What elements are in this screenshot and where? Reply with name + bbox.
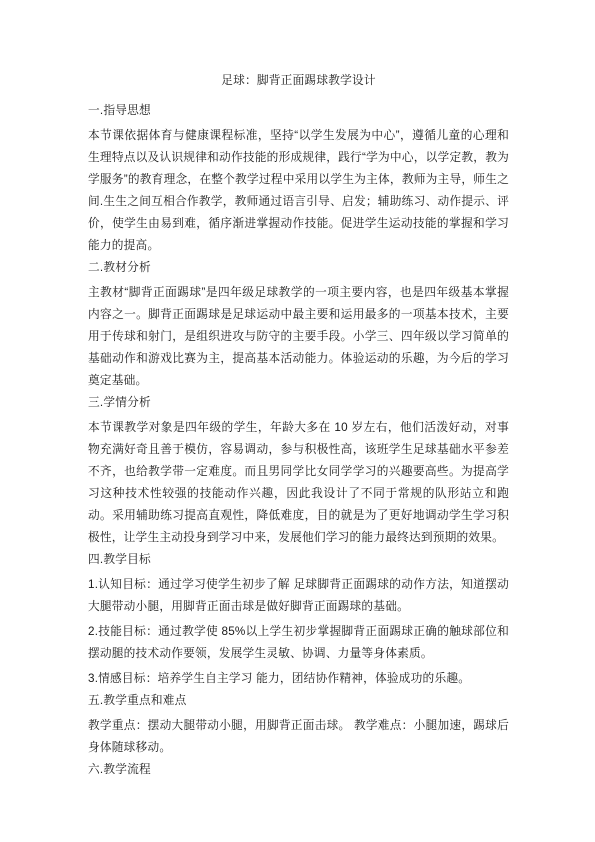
section-paragraph: 主教材“脚背正面踢球”是四年级足球教学的一项主要内容，也是四年级基本掌握内容之一…	[88, 282, 509, 392]
section-guiding-ideology: 一.指导思想 本节课依据体育与健康课程标准，坚持“以学生发展为中心”，遵循儿童的…	[88, 100, 509, 257]
section-teaching-material-analysis: 二.教材分析 主教材“脚背正面踢球”是四年级足球教学的一项主要内容，也是四年级基…	[88, 257, 509, 392]
section-paragraph-cognitive-objective: 1.认知目标：通过学习使学生初步了解 足球脚背正面踢球的动作方法，知道摆动大腿带…	[88, 574, 509, 618]
section-heading: 六.教学流程	[88, 759, 509, 781]
section-heading: 四.教学目标	[88, 549, 509, 571]
section-heading: 五.教学重点和难点	[88, 690, 509, 712]
section-heading: 一.指导思想	[88, 100, 509, 122]
section-learner-analysis: 三.学情分析 本节课教学对象是四年级的学生，年龄大多在 10 岁左右，他们活泼好…	[88, 392, 509, 549]
document-page: 足球：脚背正面踢球教学设计 一.指导思想 本节课依据体育与健康课程标准，坚持“以…	[0, 0, 595, 842]
document-content: 足球：脚背正面踢球教学设计 一.指导思想 本节课依据体育与健康课程标准，坚持“以…	[88, 70, 509, 784]
section-paragraph: 本节课依据体育与健康课程标准，坚持“以学生发展为中心”，遵循儿童的心理和生理特点…	[88, 125, 509, 257]
section-key-points-difficulties: 五.教学重点和难点 教学重点：摆动大腿带动小腿，用脚背正面击球。 教学难点：小腿…	[88, 690, 509, 759]
section-teaching-objectives: 四.教学目标 1.认知目标：通过学习使学生初步了解 足球脚背正面踢球的动作方法，…	[88, 549, 509, 690]
section-paragraph-affective-objective: 3.情感目标：培养学生自主学习 能力，团结协作精神，体验成功的乐趣。	[88, 668, 509, 690]
section-paragraph-skill-objective: 2.技能目标：通过教学使 85%以上学生初步掌握脚背正面踢球正确的触球部位和摆动…	[88, 621, 509, 665]
section-heading: 二.教材分析	[88, 257, 509, 279]
section-teaching-process: 六.教学流程	[88, 759, 509, 781]
section-heading: 三.学情分析	[88, 392, 509, 414]
section-paragraph: 本节课教学对象是四年级的学生，年龄大多在 10 岁左右，他们活泼好动，对事物充满…	[88, 417, 509, 549]
page-title: 足球：脚背正面踢球教学设计	[88, 70, 509, 92]
section-paragraph: 教学重点：摆动大腿带动小腿，用脚背正面击球。 教学难点：小腿加速，踢球后身体随球…	[88, 715, 509, 759]
